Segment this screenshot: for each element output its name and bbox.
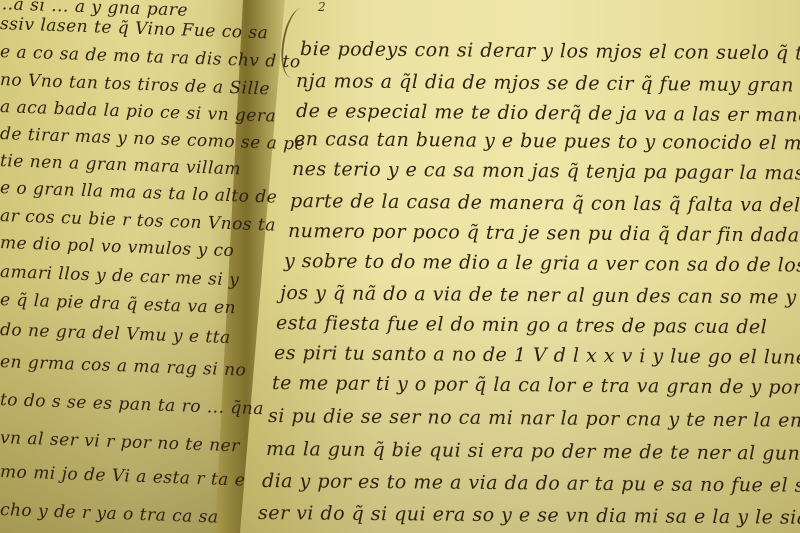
right-line-13: si pu die se ser no ca mi nar la por cna… <box>268 405 800 432</box>
right-line-10: esta fiesta fue el do min go a tres de p… <box>276 312 767 338</box>
right-line-2: nja mos a q̃l dia de mjos se de cir q̃ f… <box>296 70 794 96</box>
right-line-6: parte de la casa de manera q̃ con las q̃… <box>290 190 800 216</box>
right-line-3: de e especial me te dio derq̃ de ja va a… <box>296 100 800 127</box>
right-line-14: ma la gun q̃ bie qui si era po der me de… <box>266 438 800 465</box>
right-line-5: nes terio y e ca sa mon jas q̃ tenja pa … <box>292 158 800 184</box>
right-line-4: en casa tan buena y e bue pues to y cono… <box>294 128 800 155</box>
folio-mark: 2 <box>318 0 326 14</box>
right-line-12: te me par ti y o por q̃ la ca lor e tra … <box>272 372 800 399</box>
right-line-7: numero por poco q̃ tra je sen pu dia q̃ … <box>288 220 800 246</box>
right-line-1: bie podeys con si derar y los mjos el co… <box>300 38 800 64</box>
